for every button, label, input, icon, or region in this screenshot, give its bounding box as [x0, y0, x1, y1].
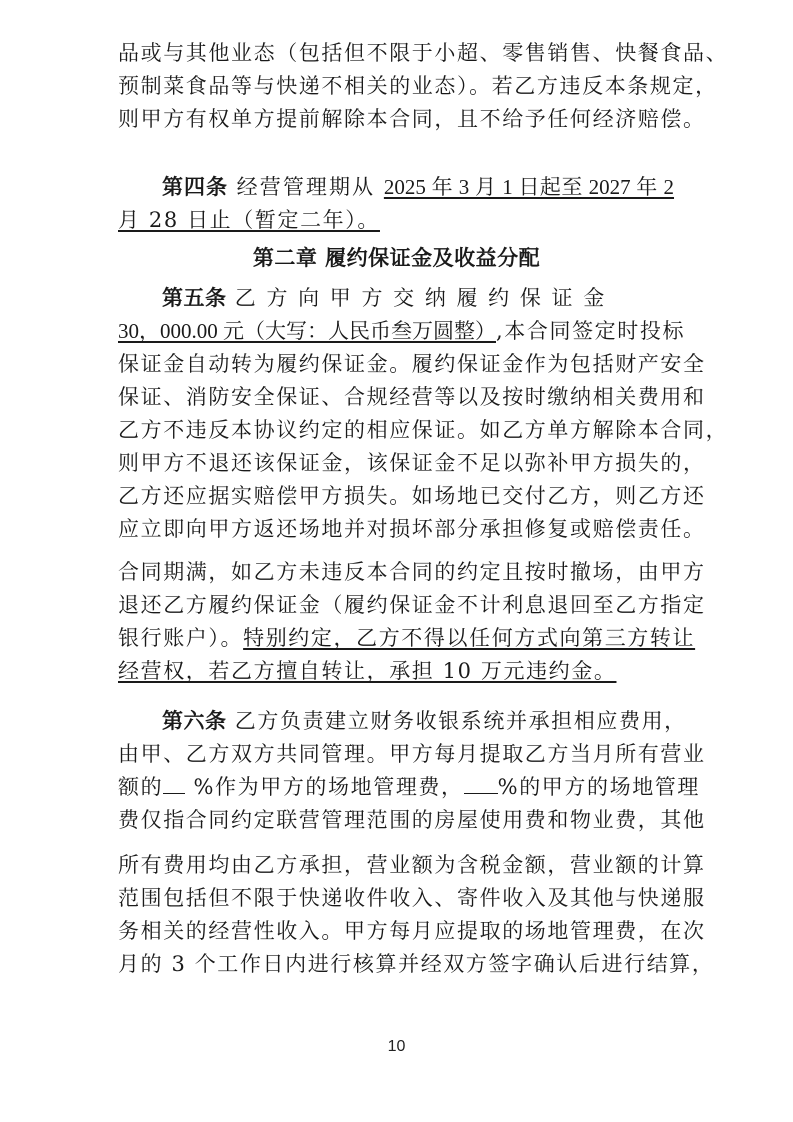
paragraph-line: 保证金自动转为履约保证金。履约保证金作为包括财产安全 — [118, 349, 674, 379]
paragraph-line: 合同期满，如乙方未违反本合同的约定且按时撤场，由甲方 — [118, 557, 674, 587]
special-agreement: 特别约定，乙方不得以任何方式向第三方转让 — [243, 626, 695, 650]
paragraph-line: 乙方还应据实赔偿甲方损失。如场地已交付乙方，则乙方还 — [118, 481, 674, 511]
article-4-line-1: 第四条 经营管理期从 2025 年 3 月 1 日起至 2027 年 2 — [162, 172, 674, 202]
article-6-label: 第六条 — [162, 708, 227, 733]
article-5-text: ,本合同签定时投标 — [496, 319, 685, 343]
paragraph-line: 应立即向甲方返还场地并对损坏部分承担修复或赔偿责任。 — [118, 514, 674, 544]
percentage-blank-1[interactable] — [163, 775, 185, 794]
paragraph-line: 退还乙方履约保证金（履约保证金不计利息退回至乙方指定 — [118, 590, 674, 620]
article-4-lead: 经营管理期从 — [228, 175, 384, 199]
article-4-period-end: 月 28 日止（暂定二年）。 — [118, 208, 380, 232]
paragraph-line: 费仅指合同约定联营管理范围的房屋使用费和物业费，其他 — [118, 805, 674, 835]
special-agreement-penalty: 经营权，若乙方擅自转让，承担 10 万元违约金。 — [118, 659, 616, 683]
paragraph-line: 品或与其他业态（包括但不限于小超、零售销售、快餐食品、 — [118, 38, 674, 68]
article-4-label: 第四条 — [162, 174, 228, 199]
chapter-heading: 第二章 履约保证金及收益分配 — [0, 243, 793, 273]
article-4-period: 2025 年 3 月 1 日起至 2027 年 2 — [384, 175, 674, 199]
article-5-line-11: 银行账户）。特别约定，乙方不得以任何方式向第三方转让 — [118, 623, 674, 653]
article-5-text: 银行账户）。 — [118, 626, 243, 650]
article-6-text: 乙方负责建立财务收银系统并承担相应费用， — [227, 709, 687, 733]
document-page: 品或与其他业态（包括但不限于小超、零售销售、快餐食品、 预制菜食品等与快递不相关… — [0, 0, 793, 1122]
article-6-text: %的甲方的场地管理 — [498, 775, 700, 799]
paragraph-line: 月的 3 个工作日内进行核算并经双方签字确认后进行结算， — [118, 949, 674, 979]
paragraph-line: 保证、消防安全保证、合规经营等以及按时缴纳相关费用和 — [118, 382, 674, 412]
paragraph-line: 则甲方不退还该保证金，该保证金不足以弥补甲方损失的， — [118, 448, 674, 478]
article-6-line-3: 额的 %作为甲方的场地管理费，%的甲方的场地管理 — [118, 772, 674, 802]
article-4-line-2: 月 28 日止（暂定二年）。 — [118, 205, 674, 235]
article-6-text: %作为甲方的场地管理费， — [185, 775, 463, 799]
article-5-line-2: 30，000.00 元（大写：人民币叁万圆整）,本合同签定时投标 — [118, 316, 674, 346]
paragraph-line: 范围包括但不限于快递收件收入、寄件收入及其他与快递服 — [118, 883, 674, 913]
article-5-line-1: 第五条 乙 方 向 甲 方 交 纳 履 约 保 证 金 — [162, 283, 674, 313]
article-5-line-12: 经营权，若乙方擅自转让，承担 10 万元违约金。 — [118, 656, 674, 686]
percentage-blank-2[interactable] — [464, 775, 498, 794]
article-5-label: 第五条 — [162, 285, 227, 310]
paragraph-line: 由甲、乙方双方共同管理。甲方每月提取乙方当月所有营业 — [118, 739, 674, 769]
paragraph-line: 乙方不违反本协议约定的相应保证。如乙方单方解除本合同， — [118, 415, 674, 445]
paragraph-line: 预制菜食品等与快递不相关的业态）。若乙方违反本条规定， — [118, 71, 674, 101]
page-number: 10 — [0, 1038, 793, 1056]
paragraph-line: 务相关的经营性收入。甲方每月应提取的场地管理费，在次 — [118, 916, 674, 946]
article-6-line-1: 第六条 乙方负责建立财务收银系统并承担相应费用， — [162, 706, 674, 736]
paragraph-line: 所有费用均由乙方承担，营业额为含税金额，营业额的计算 — [118, 850, 674, 880]
deposit-amount: 30，000.00 元（大写：人民币叁万圆整） — [118, 319, 496, 343]
article-6-text: 额的 — [118, 775, 163, 799]
paragraph-line: 则甲方有权单方提前解除本合同，且不给予任何经济赔偿。 — [118, 104, 674, 134]
article-5-text: 乙 方 向 甲 方 交 纳 履 约 保 证 金 — [235, 286, 606, 310]
